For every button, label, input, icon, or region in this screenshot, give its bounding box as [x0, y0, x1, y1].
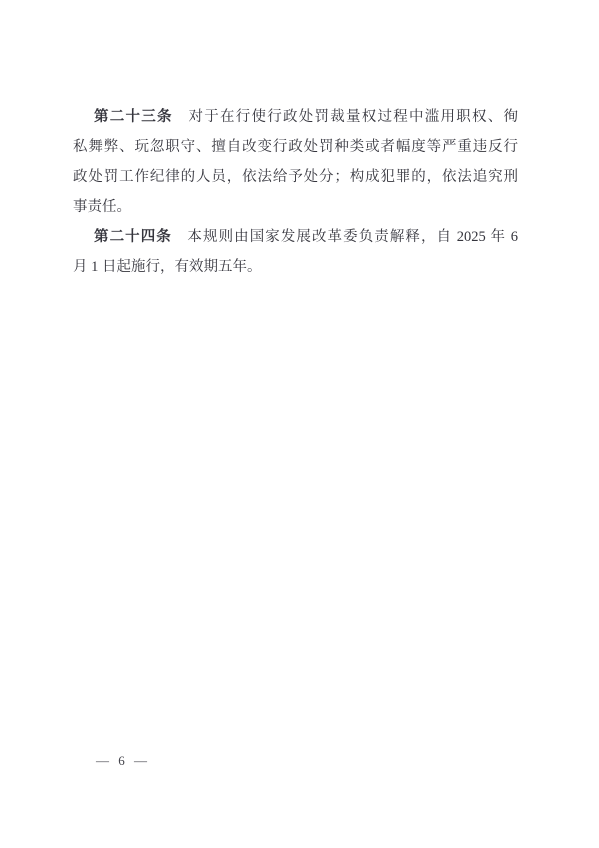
text-line: 私舞弊、玩忽职守、擅自改变行政处罚种类或者幅度等严重违反行 [73, 132, 518, 162]
paragraph-article-23: 第二十三条 对于在行使行政处罚裁量权过程中滥用职权、徇私舞弊、玩忽职守、擅自改变… [73, 102, 518, 222]
text-segment: 月 1 日起施行，有效期五年。 [73, 259, 262, 275]
text-line: 第二十四条 本规则由国家发展改革委负责解释，自 2025 年 6 [73, 222, 518, 252]
text-segment: 事责任。 [73, 199, 131, 215]
page-background: 第二十三条 对于在行使行政处罚裁量权过程中滥用职权、徇私舞弊、玩忽职守、擅自改变… [0, 0, 599, 848]
text-segment: 私舞弊、玩忽职守、擅自改变行政处罚种类或者幅度等严重违反行 [73, 139, 518, 155]
paragraph-article-24: 第二十四条 本规则由国家发展改革委负责解释，自 2025 年 6月 1 日起施行… [73, 222, 518, 282]
text-line: 第二十三条 对于在行使行政处罚裁量权过程中滥用职权、徇 [73, 102, 518, 132]
page-number: — 6 — [96, 753, 150, 769]
text-line: 事责任。 [73, 192, 518, 222]
article-number: 第二十四条 [94, 229, 172, 245]
text-segment: 对于在行使行政处罚裁量权过程中滥用职权、徇 [173, 109, 518, 125]
text-line: 月 1 日起施行，有效期五年。 [73, 252, 518, 282]
text-segment: 政处罚工作纪律的人员，依法给予处分；构成犯罪的，依法追究刑 [73, 169, 518, 185]
text-segment: 本规则由国家发展改革委负责解释，自 2025 年 6 [172, 229, 518, 245]
document-page: { "page": { "background_color": "#ffffff… [0, 0, 599, 848]
document-body: 第二十三条 对于在行使行政处罚裁量权过程中滥用职权、徇私舞弊、玩忽职守、擅自改变… [73, 102, 518, 282]
text-line: 政处罚工作纪律的人员，依法给予处分；构成犯罪的，依法追究刑 [73, 162, 518, 192]
article-number: 第二十三条 [94, 109, 173, 125]
